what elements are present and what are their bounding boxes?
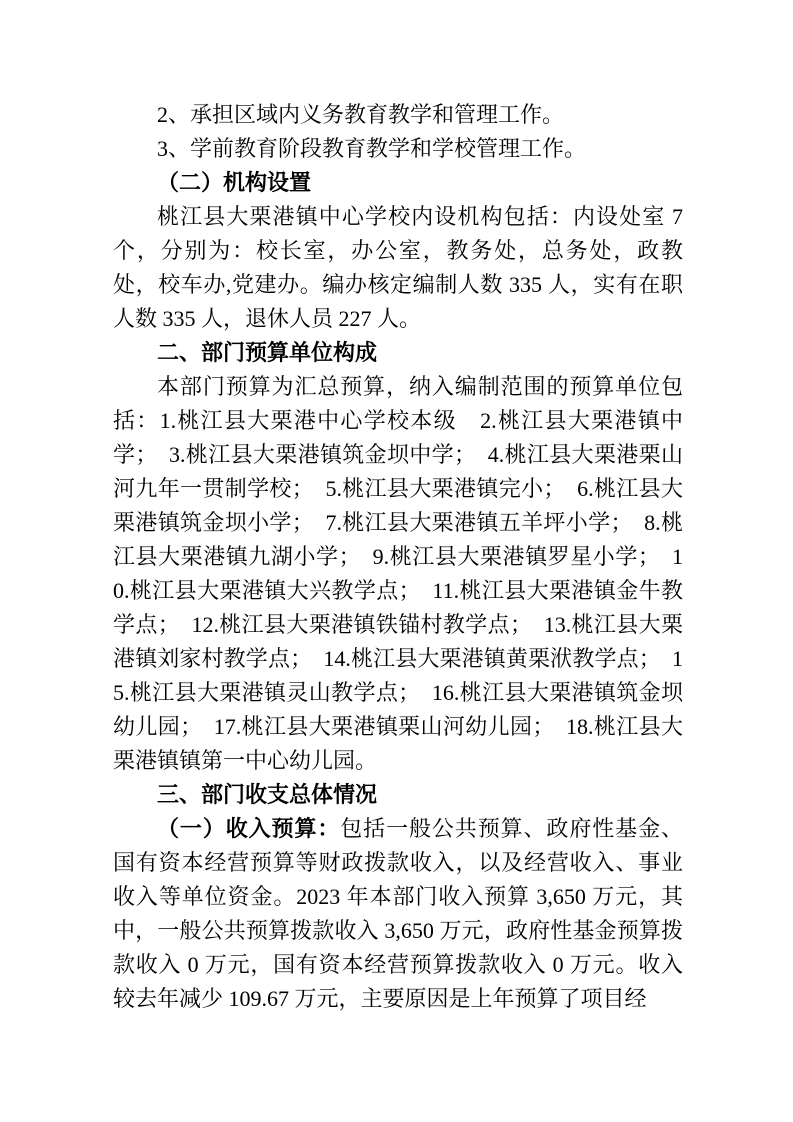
paragraph-budget-unit-list: 本部门预算为汇总预算，纳入编制范围的预算单位包括：1.桃江县大栗港中心学校本级 …	[113, 370, 683, 778]
document-page: 2、承担区域内义务教育教学和管理工作。 3、学前教育阶段教育教学和学校管理工作。…	[0, 0, 793, 1122]
heading-budget-unit-composition: 二、部门预算单位构成	[113, 336, 683, 370]
heading-organization-setup: （二）机构设置	[113, 166, 683, 200]
list-item-duty-3: 3、学前教育阶段教育教学和学校管理工作。	[113, 132, 683, 166]
heading-revenue-expenditure-overview: 三、部门收支总体情况	[113, 778, 683, 812]
paragraph-organization-detail: 桃江县大栗港镇中心学校内设机构包括：内设处室 7 个，分别为：校长室，办公室，教…	[113, 200, 683, 336]
income-budget-body-text: 包括一般公共预算、政府性基金、国有资本经营预算等财政拨款收入，以及经营收入、事业…	[113, 816, 683, 1011]
list-item-duty-2: 2、承担区域内义务教育教学和管理工作。	[113, 98, 683, 132]
income-budget-lead-label: （一）收入预算：	[157, 816, 340, 841]
paragraph-income-budget: （一）收入预算：包括一般公共预算、政府性基金、国有资本经营预算等财政拨款收入，以…	[113, 812, 683, 1016]
